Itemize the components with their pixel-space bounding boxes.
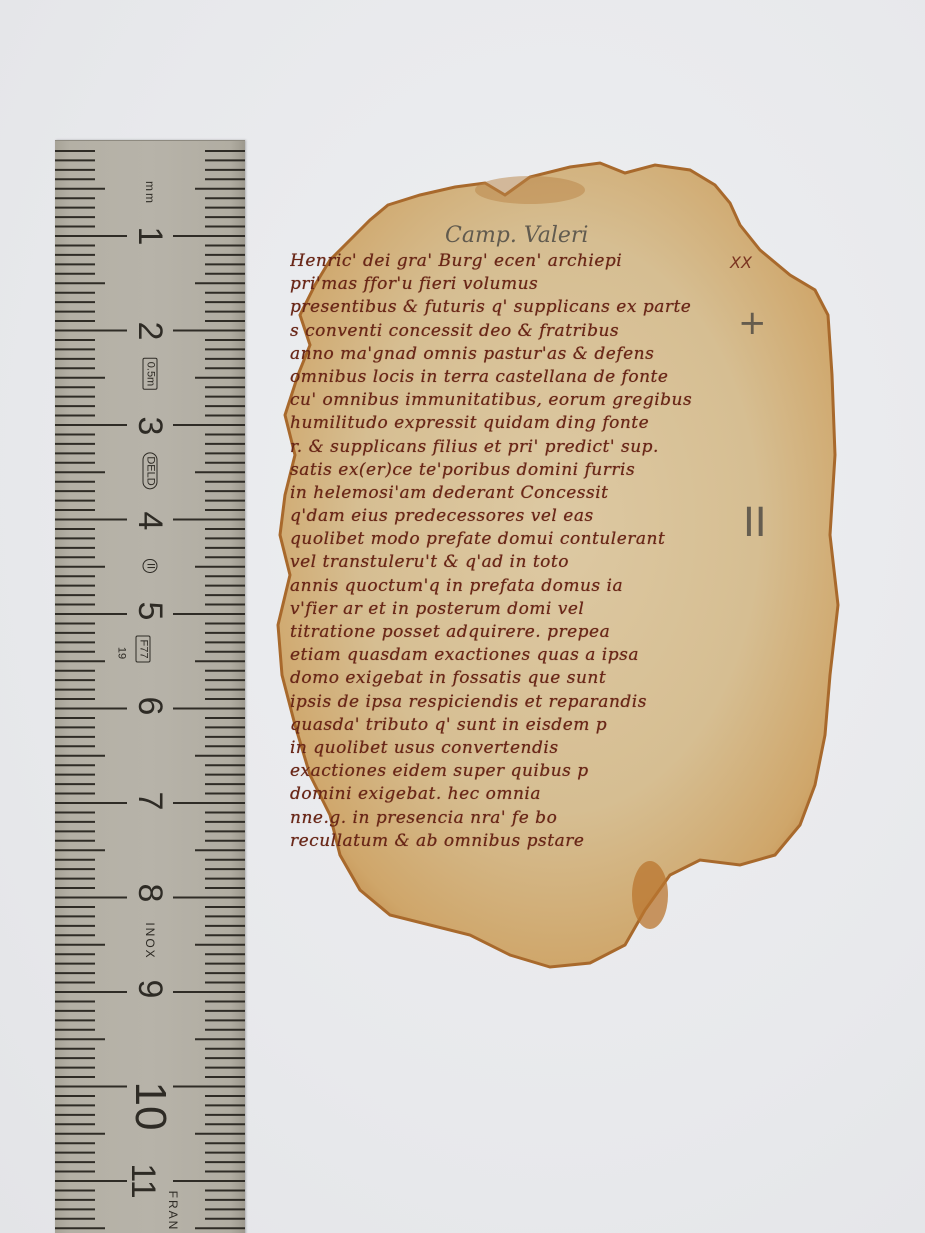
text-line: quolibet modo prefate domui contulerant (290, 528, 720, 551)
text-line: exactiones eidem super quibus p (290, 760, 720, 783)
manuscript-text: Henric' dei gra' Burg' ecen' archiepi pr… (290, 250, 720, 853)
text-line: omnibus locis in terra castellana de fon… (290, 366, 720, 389)
text-line: pri'mas ffor'u fieri volumus (290, 273, 720, 296)
ruler: mm 1 2 0.5m 3 DELD 4 II 5 F77 19 6 7 8 I… (55, 140, 245, 1233)
margin-cross-mark: + (738, 303, 767, 343)
text-line: vel transtuleru't & q'ad in toto (290, 551, 720, 574)
text-line: titratione posset adquirere. prepea (290, 621, 720, 644)
text-line: satis ex(er)ce te'poribus domini furris (290, 459, 720, 482)
photo-background: mm 1 2 0.5m 3 DELD 4 II 5 F77 19 6 7 8 I… (0, 0, 925, 1233)
margin-roman-numeral: II (743, 500, 767, 546)
pencil-title-annotation: Camp. Valeri (445, 223, 588, 248)
text-line: cu' omnibus immunitatibus, eorum gregibu… (290, 389, 720, 412)
text-line: domo exigebat in fossatis que sunt (290, 667, 720, 690)
text-line: domini exigebat. hec omnia (290, 783, 720, 806)
text-line: annis quoctum'q in prefata domus ia (290, 575, 720, 598)
text-line: v'fier ar et in posterum domi vel (290, 598, 720, 621)
text-line: r. & supplicans filius et pri' predict' … (290, 436, 720, 459)
text-line: recullatum & ab omnibus pstare (290, 830, 720, 853)
text-line: nne.g. in presencia nra' fe bo (290, 807, 720, 830)
text-line: etiam quasdam exactiones quas a ipsa (290, 644, 720, 667)
ruler-ticks (55, 141, 245, 1233)
text-line: humilitudo expressit quidam ding fonte (290, 412, 720, 435)
manuscript-fragment: Camp. Valeri XX + II Henric' dei gra' Bu… (270, 155, 850, 975)
text-line: q'dam eius predecessores vel eas (290, 505, 720, 528)
text-line: anno ma'gnad omnis pastur'as & defens (290, 343, 720, 366)
margin-mark-xx: XX (730, 253, 752, 272)
text-line: ipsis de ipsa respiciendis et reparandis (290, 691, 720, 714)
text-line: in quolibet usus convertendis (290, 737, 720, 760)
text-line: quasda' tributo q' sunt in eisdem p (290, 714, 720, 737)
text-line: in helemosi'am dederant Concessit (290, 482, 720, 505)
text-line: presentibus & futuris q' supplicans ex p… (290, 296, 720, 319)
text-line: s conventi concessit deo & fratribus (290, 320, 720, 343)
text-line: Henric' dei gra' Burg' ecen' archiepi (290, 250, 720, 273)
